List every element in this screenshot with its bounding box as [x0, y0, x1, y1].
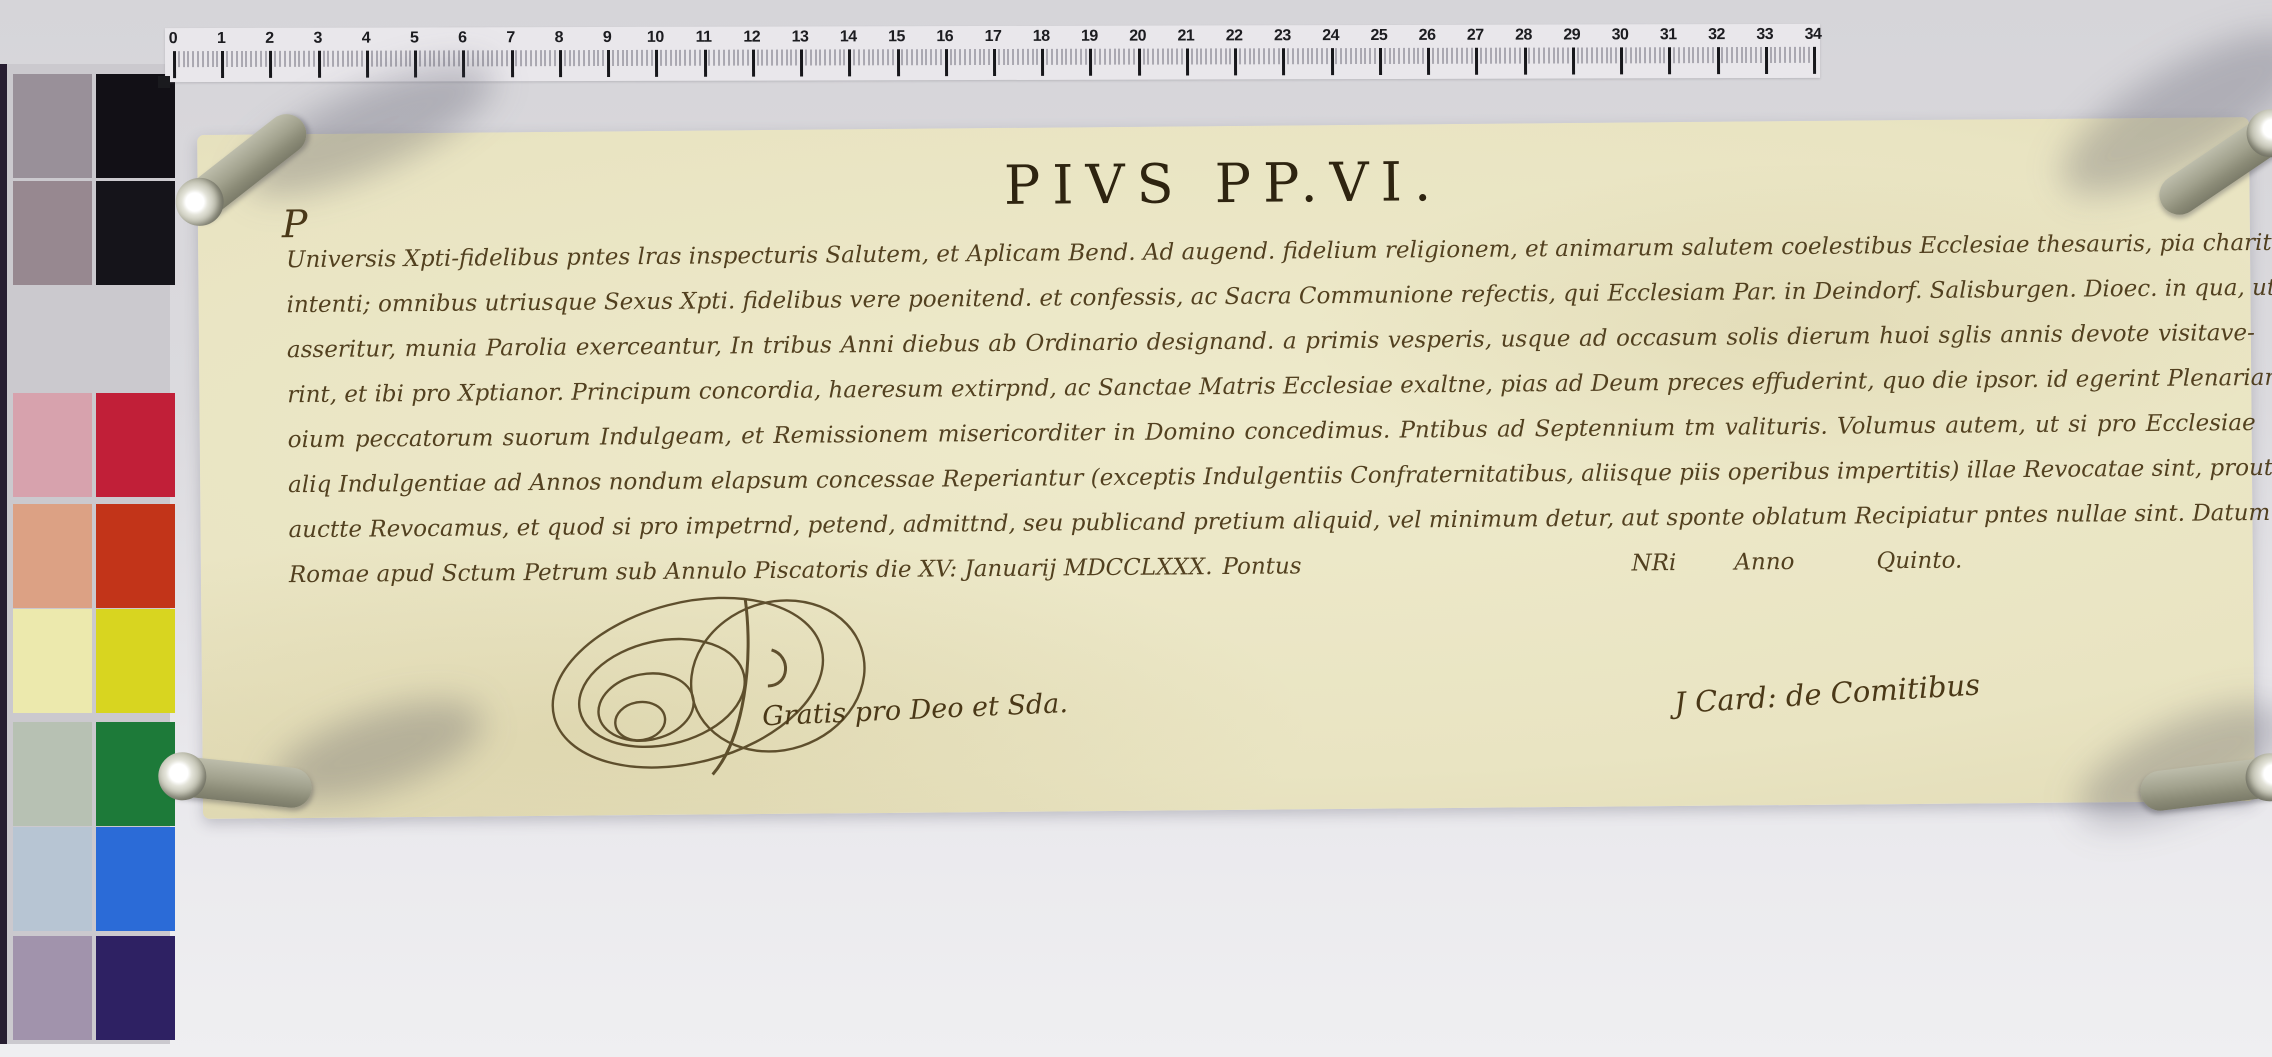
ruler-tick	[1779, 47, 1781, 63]
ruler-tick	[424, 50, 426, 66]
ruler-tick	[303, 51, 305, 67]
ruler-tick	[1577, 47, 1579, 63]
ruler-tick	[1630, 47, 1632, 63]
ruler-number: 14	[840, 28, 857, 46]
ruler-tick	[1225, 48, 1227, 64]
ruler-tick	[1610, 47, 1612, 63]
ruler-tick	[1774, 47, 1776, 63]
ruler-tick	[1200, 48, 1202, 64]
ruler-tick	[284, 51, 286, 67]
ruler-tick	[520, 50, 522, 66]
ruler-tick	[689, 50, 691, 66]
ruler-tick	[1196, 48, 1198, 64]
ruler-tick	[988, 49, 990, 65]
ruler-number: 15	[888, 28, 905, 46]
ruler-tick	[187, 51, 189, 67]
ruler-tick	[1673, 47, 1675, 63]
ruler-tick	[1104, 49, 1106, 65]
ruler-tick	[1360, 48, 1362, 64]
document-title: PIVS PP.VI.	[197, 143, 2249, 224]
ruler-tick	[221, 51, 224, 78]
ruler-tick	[1162, 49, 1164, 65]
ruler-tick	[617, 50, 619, 66]
color-swatch-light	[13, 936, 92, 1040]
ruler-tick	[342, 51, 344, 67]
ruler-tick	[1784, 47, 1786, 63]
color-swatch-light	[13, 74, 92, 178]
ruler-tick	[708, 50, 710, 66]
ruler-number: 30	[1612, 26, 1629, 44]
ruler-tick	[737, 50, 739, 66]
ruler-number: 12	[743, 29, 760, 47]
ruler-tick	[1572, 47, 1575, 74]
ruler-number: 27	[1467, 27, 1484, 45]
ruler-tick	[839, 49, 841, 65]
ruler-tick	[1075, 49, 1077, 65]
ruler-tick	[1041, 49, 1044, 76]
color-swatch-light	[13, 181, 92, 285]
ruler-tick	[1760, 47, 1762, 63]
ruler-tick	[183, 51, 185, 67]
ruler-tick	[356, 51, 358, 67]
ruler-tick	[993, 49, 996, 76]
ruler-tick	[530, 50, 532, 66]
ruler-tick	[660, 50, 662, 66]
ruler-tick	[781, 50, 783, 66]
ruler-number: 20	[1129, 28, 1146, 46]
ruler-tick	[723, 50, 725, 66]
ruler-tick	[694, 50, 696, 66]
ruler-tick	[713, 50, 715, 66]
ruler-tick	[1089, 49, 1092, 76]
ruler-tick	[916, 49, 918, 65]
ruler-tick	[1596, 47, 1598, 63]
ruler-tick	[1350, 48, 1352, 64]
ruler-tick	[1606, 47, 1608, 63]
ruler-tick	[1557, 48, 1559, 64]
ruler-tick	[1287, 48, 1289, 64]
ruler-tick	[747, 50, 749, 66]
dateline-segment: Quinto.	[1876, 539, 1962, 585]
ruler-tick	[815, 49, 817, 65]
ruler-tick	[564, 50, 566, 66]
ruler-tick	[501, 50, 503, 66]
ruler-tick	[1446, 48, 1448, 64]
ruler-number: 0	[169, 30, 177, 48]
ruler-number: 8	[555, 29, 563, 47]
ruler-number: 7	[506, 29, 514, 47]
ruler-tick	[1654, 47, 1656, 63]
ruler-tick	[1514, 48, 1516, 64]
ruler-tick	[361, 51, 363, 67]
ruler-tick	[241, 51, 243, 67]
ruler-tick	[1712, 47, 1714, 63]
ruler-tick	[1755, 47, 1757, 63]
ruler-tick	[178, 51, 180, 67]
ruler-number: 16	[936, 28, 953, 46]
calligraphic-flourish	[539, 589, 886, 782]
ruler-tick	[376, 51, 378, 67]
ruler-tick	[1027, 49, 1029, 65]
ruler-tick	[858, 49, 860, 65]
ruler-tick	[1003, 49, 1005, 65]
ruler-tick	[1331, 48, 1334, 75]
ruler-tick	[1239, 48, 1241, 64]
ruler-tick	[1750, 47, 1752, 63]
ruler-tick	[308, 51, 310, 67]
ruler-number: 10	[647, 29, 664, 47]
ruler-tick	[511, 50, 514, 77]
ruler-tick	[1422, 48, 1424, 64]
ruler-tick	[930, 49, 932, 65]
ruler-tick	[1702, 47, 1704, 63]
ruler-tick	[1639, 47, 1641, 63]
ruler-tick	[761, 50, 763, 66]
ruler-number: 9	[603, 29, 611, 47]
ruler-tick	[1456, 48, 1458, 64]
ruler-tick	[882, 49, 884, 65]
ruler-tick	[1499, 48, 1501, 64]
ruler-tick	[1133, 49, 1135, 65]
ruler-tick	[1808, 47, 1810, 63]
ruler-number: 18	[1033, 28, 1050, 46]
ruler-tick	[332, 51, 334, 67]
ruler-tick	[1528, 48, 1530, 64]
ruler-tick	[1061, 49, 1063, 65]
ruler-tick	[679, 50, 681, 66]
ruler-tick	[554, 50, 556, 66]
cardinal-signature: J Card: de Comitibus	[1673, 667, 1981, 720]
ruler-tick	[491, 50, 493, 66]
ruler-tick	[1437, 48, 1439, 64]
ruler-tick	[323, 51, 325, 67]
ruler-tick	[1736, 47, 1738, 63]
ruler-tick	[318, 51, 321, 78]
ruler-tick	[819, 49, 821, 65]
ruler-tick	[231, 51, 233, 67]
ruler-tick	[776, 50, 778, 66]
ruler-tick	[1307, 48, 1309, 64]
ruler-tick	[1138, 49, 1141, 76]
ruler-tick	[578, 50, 580, 66]
ruler-tick	[1012, 49, 1014, 65]
ruler-tick	[1707, 47, 1709, 63]
ruler-tick	[1644, 47, 1646, 63]
ruler-tick	[631, 50, 633, 66]
ruler-tick	[1369, 48, 1371, 64]
ruler-tick	[1292, 48, 1294, 64]
ruler-tick	[1123, 49, 1125, 65]
ruler-tick	[351, 51, 353, 67]
ruler-tick	[1466, 48, 1468, 64]
ruler-tick	[954, 49, 956, 65]
ruler-tick	[1176, 49, 1178, 65]
ruler-tick	[641, 50, 643, 66]
ruler-tick	[1413, 48, 1415, 64]
color-swatch-light	[13, 504, 92, 608]
ruler-tick	[742, 50, 744, 66]
ruler-tick	[255, 51, 257, 67]
ruler-tick	[1562, 48, 1564, 64]
parchment-document: PIVS PP.VI. P Universis Xpti-fidelibus p…	[197, 117, 2255, 819]
ruler-tick	[1533, 48, 1535, 64]
ruler-end-mark	[158, 76, 170, 88]
ruler-tick	[1335, 48, 1337, 64]
ruler-tick	[245, 51, 247, 67]
ruler-tick	[1326, 48, 1328, 64]
ruler-tick	[1745, 47, 1747, 63]
ruler-tick	[1659, 47, 1661, 63]
ruler-tick	[1017, 49, 1019, 65]
ruler-tick	[1249, 48, 1251, 64]
ruler-tick	[901, 49, 903, 65]
ruler-number: 13	[792, 28, 809, 46]
ruler-number: 19	[1081, 28, 1098, 46]
ruler-number: 5	[410, 30, 418, 48]
ruler-number: 11	[696, 29, 712, 47]
ruler-tick	[945, 49, 948, 76]
ruler-tick	[612, 50, 614, 66]
ruler-tick	[569, 50, 571, 66]
ruler-tick	[757, 50, 759, 66]
ruler-tick	[1273, 48, 1275, 64]
ruler-number: 29	[1563, 26, 1580, 44]
ruler-tick	[1181, 49, 1183, 65]
ruler-tick	[1765, 47, 1768, 74]
ruler-tick	[1384, 48, 1386, 64]
ruler-tick	[940, 49, 942, 65]
ruler-tick	[1625, 47, 1627, 63]
ruler-tick	[646, 50, 648, 66]
ruler-tick	[409, 51, 411, 67]
ruler-tick	[786, 50, 788, 66]
ruler-tick	[366, 51, 369, 78]
ruler-tick	[626, 50, 628, 66]
ruler-tick	[1080, 49, 1082, 65]
ruler-tick	[419, 50, 421, 66]
ruler-tick	[1065, 49, 1067, 65]
ruler-tick	[699, 50, 701, 66]
ruler-tick	[622, 50, 624, 66]
ruler-number: 2	[265, 30, 273, 48]
ruler-tick	[1591, 47, 1593, 63]
ruler-tick	[897, 49, 900, 76]
ruler-tick	[1442, 48, 1444, 64]
photo-background: { "ruler": { "numbers": [0,1,2,3,4,5,6,7…	[0, 0, 2272, 1057]
ruler-tick	[843, 49, 845, 65]
color-swatch-dark	[96, 74, 175, 178]
ruler-tick	[207, 51, 209, 67]
ruler-tick	[1244, 48, 1246, 64]
ruler-tick	[1118, 49, 1120, 65]
ruler-tick	[1408, 48, 1410, 64]
ruler-tick	[1302, 48, 1304, 64]
ruler-tick	[1417, 48, 1419, 64]
ruler-tick	[540, 50, 542, 66]
ruler-tick	[1485, 48, 1487, 64]
ruler-tick	[1741, 47, 1743, 63]
ruler-tick	[1524, 48, 1527, 75]
ruler-tick	[1171, 49, 1173, 65]
ruler-tick	[265, 51, 267, 67]
ruler-tick	[487, 50, 489, 66]
ruler-tick	[877, 49, 879, 65]
ruler-tick	[1509, 48, 1511, 64]
ruler-tick	[173, 51, 176, 78]
ruler-tick	[1649, 47, 1651, 63]
dateline-segment: Pontus	[1222, 544, 1301, 590]
ruler-tick	[1586, 47, 1588, 63]
ruler-tick	[800, 49, 803, 76]
ruler-tick	[294, 51, 296, 67]
ruler-tick	[665, 50, 667, 66]
ruler-tick	[1114, 49, 1116, 65]
ruler-tick	[1167, 49, 1169, 65]
ruler-number: 23	[1274, 27, 1291, 45]
color-swatch-light	[13, 722, 92, 826]
ruler-tick	[1581, 47, 1583, 63]
ruler-tick	[380, 51, 382, 67]
ruler-tick	[1340, 48, 1342, 64]
ruler-tick	[1311, 48, 1313, 64]
ruler-tick	[969, 49, 971, 65]
ruler-tick	[202, 51, 204, 67]
ruler-number: 34	[1805, 26, 1822, 44]
ruler-tick	[935, 49, 937, 65]
ruler-tick	[810, 49, 812, 65]
ruler-tick	[535, 50, 537, 66]
ruler-tick	[1799, 47, 1801, 63]
ruler-tick	[347, 51, 349, 67]
ruler-tick	[1389, 48, 1391, 64]
ruler-tick	[829, 49, 831, 65]
ruler-tick	[863, 49, 865, 65]
ruler-tick	[226, 51, 228, 67]
ruler-tick	[959, 49, 961, 65]
ruler-tick	[573, 50, 575, 66]
ruler-tick	[892, 49, 894, 65]
ruler-tick	[1215, 48, 1217, 64]
ruler-tick	[848, 49, 851, 76]
ruler-tick	[670, 50, 672, 66]
ruler-tick	[1635, 47, 1637, 63]
ruler-tick	[192, 51, 194, 67]
ruler-tick	[1726, 47, 1728, 63]
ruler-tick	[1519, 48, 1521, 64]
ruler-tick	[1278, 48, 1280, 64]
ruler-tick	[1601, 47, 1603, 63]
ruler-tick	[1794, 47, 1796, 63]
ruler-tick	[728, 50, 730, 66]
ruler-tick	[313, 51, 315, 67]
ruler-tick	[559, 50, 562, 77]
ruler-number: 3	[313, 30, 321, 48]
ruler-tick	[212, 51, 214, 67]
ruler-tick	[298, 51, 300, 67]
ruler-tick	[1813, 47, 1816, 74]
ruler-tick	[1007, 49, 1009, 65]
ruler-tick	[1186, 48, 1189, 75]
ruler-tick	[651, 50, 653, 66]
ruler-tick	[327, 51, 329, 67]
ruler-tick	[1688, 47, 1690, 63]
ruler-tick	[1403, 48, 1405, 64]
ruler-tick	[1191, 48, 1193, 64]
ruler-number: 6	[458, 29, 466, 47]
ruler-tick	[1032, 49, 1034, 65]
ruler-tick	[1099, 49, 1101, 65]
ruler-tick	[805, 49, 807, 65]
ruler-tick	[998, 49, 1000, 65]
ruler-tick	[1615, 47, 1617, 63]
ruler-tick	[675, 50, 677, 66]
ruler-tick	[887, 49, 889, 65]
ruler-tick	[1321, 48, 1323, 64]
color-swatch-dark	[96, 181, 175, 285]
ruler-tick	[1253, 48, 1255, 64]
ruler-number: 31	[1660, 26, 1677, 44]
ruler-tick	[925, 49, 927, 65]
ruler-tick	[216, 51, 218, 67]
ruler-tick	[588, 50, 590, 66]
ruler-tick	[506, 50, 508, 66]
ruler-tick	[269, 51, 272, 78]
ruler-number: 24	[1322, 27, 1339, 45]
ruler-tick	[236, 51, 238, 67]
ruler-tick	[1022, 49, 1024, 65]
ruler-tick	[385, 51, 387, 67]
ruler-tick	[593, 50, 595, 66]
ruler-tick	[1210, 48, 1212, 64]
ruler-tick	[515, 50, 517, 66]
ruler-tick	[950, 49, 952, 65]
ruler-tick	[1567, 47, 1569, 63]
ruler-tick	[1046, 49, 1048, 65]
ruler-tick	[1475, 48, 1478, 75]
ruler-tick	[906, 49, 908, 65]
ruler-tick	[1056, 49, 1058, 65]
ruler-tick	[274, 51, 276, 67]
ruler-tick	[1683, 47, 1685, 63]
ruler-tick	[607, 50, 610, 77]
ruler-tick	[1152, 49, 1154, 65]
ruler-tick	[921, 49, 923, 65]
dateline-segment: NRi	[1631, 541, 1676, 586]
ruler-tick	[979, 49, 981, 65]
ruler-tick	[371, 51, 373, 67]
ruler-tick	[1770, 47, 1772, 63]
ruler-tick	[1109, 49, 1111, 65]
ruler-number: 32	[1708, 26, 1725, 44]
ruler-tick	[1803, 47, 1805, 63]
color-swatch-light	[13, 827, 92, 931]
ruler-tick	[1036, 49, 1038, 65]
ruler-tick	[868, 49, 870, 65]
ruler-tick	[250, 51, 252, 67]
color-swatch-dark	[96, 827, 175, 931]
ruler-tick	[1490, 48, 1492, 64]
ruler-tick	[1085, 49, 1087, 65]
ruler-tick	[1316, 48, 1318, 64]
color-swatch-light	[13, 609, 92, 713]
ruler-tick	[1094, 49, 1096, 65]
ruler-number: 17	[985, 28, 1002, 46]
ruler-tick	[983, 49, 985, 65]
ruler-tick	[1471, 48, 1473, 64]
color-swatch-light	[13, 393, 92, 497]
ruler-tick	[1668, 47, 1671, 74]
ruler-tick	[1461, 48, 1463, 64]
